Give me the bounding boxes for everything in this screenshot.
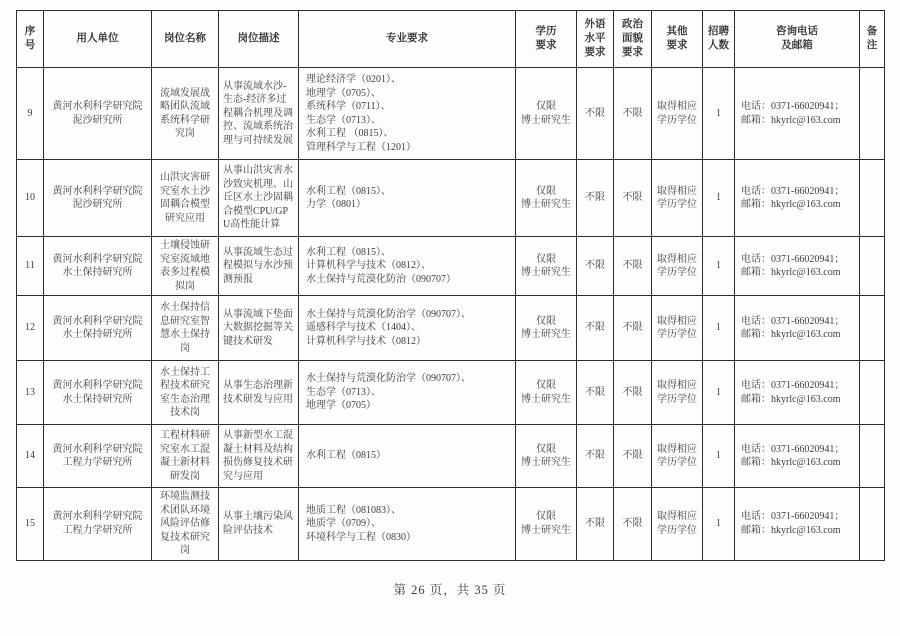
cell-other: 取得相应 学历学位 [652, 361, 703, 425]
table-row: 12 黄河水利科学研究院水土保持研究所 水土保持信息研究室智慧水土保持岗 从事流… [17, 296, 885, 361]
col-header-count: 招聘 人数 [703, 11, 735, 68]
cell-seq: 12 [17, 296, 44, 361]
cell-majors: 水利工程（0815）、 计算机科学与技术（0812）、 水土保持与荒漠化防治（0… [299, 237, 516, 296]
cell-position: 工程材料研究室水工混凝土新材料研发岗 [152, 425, 219, 488]
cell-majors: 地质工程（081083）、 地质学（0709）、 环境科学与工程（0830） [299, 488, 516, 561]
cell-education: 仅限 博士研究生 [516, 488, 577, 561]
cell-position: 土壤侵蚀研究室流域地表多过程模拟岗 [152, 237, 219, 296]
cell-political: 不限 [614, 296, 652, 361]
cell-contact: 电话：0371-66020941； 邮箱：hkyrlc@163.com [735, 296, 860, 361]
cell-political: 不限 [614, 68, 652, 160]
cell-other: 取得相应 学历学位 [652, 296, 703, 361]
cell-education: 仅限 博士研究生 [516, 296, 577, 361]
cell-note [860, 68, 885, 160]
cell-position: 水土保持信息研究室智慧水土保持岗 [152, 296, 219, 361]
cell-majors: 理论经济学（0201）、 地理学（0705）、 系统科学（0711）、 生态学（… [299, 68, 516, 160]
cell-contact: 电话：0371-66020941； 邮箱：hkyrlc@163.com [735, 361, 860, 425]
cell-employer: 黄河水利科学研究院泥沙研究所 [44, 160, 152, 237]
cell-position: 山洪灾害研究室水土沙固耦合模型研究应用 [152, 160, 219, 237]
cell-count: 1 [703, 237, 735, 296]
cell-description: 从事生态治理新技术研发与应用 [219, 361, 299, 425]
cell-seq: 15 [17, 488, 44, 561]
cell-seq: 10 [17, 160, 44, 237]
cell-employer: 黄河水利科学研究院泥沙研究所 [44, 68, 152, 160]
col-header-description: 岗位描述 [219, 11, 299, 68]
cell-note [860, 425, 885, 488]
col-header-other: 其他 要求 [652, 11, 703, 68]
col-header-position: 岗位名称 [152, 11, 219, 68]
cell-language: 不限 [577, 425, 614, 488]
cell-political: 不限 [614, 237, 652, 296]
cell-political: 不限 [614, 160, 652, 237]
table-row: 13 黄河水利科学研究院水土保持研究所 水土保持工程技术研究室生态治理技术岗 从… [17, 361, 885, 425]
cell-contact: 电话：0371-66020941； 邮箱：hkyrlc@163.com [735, 160, 860, 237]
col-header-note: 备 注 [860, 11, 885, 68]
cell-count: 1 [703, 361, 735, 425]
cell-education: 仅限 博士研究生 [516, 361, 577, 425]
cell-education: 仅限 博士研究生 [516, 425, 577, 488]
cell-other: 取得相应 学历学位 [652, 425, 703, 488]
cell-count: 1 [703, 160, 735, 237]
cell-majors: 水土保持与荒漠化防治学（090707）、 生态学（0713）、 地理学（0705… [299, 361, 516, 425]
cell-position: 水土保持工程技术研究室生态治理技术岗 [152, 361, 219, 425]
cell-count: 1 [703, 68, 735, 160]
col-header-education: 学历 要求 [516, 11, 577, 68]
cell-description: 从事新型水工混凝土材料及结构损伤修复技术研究与应用 [219, 425, 299, 488]
cell-language: 不限 [577, 160, 614, 237]
cell-note [860, 488, 885, 561]
cell-other: 取得相应 学历学位 [652, 68, 703, 160]
cell-language: 不限 [577, 68, 614, 160]
cell-majors: 水土保持与荒漠化防治学（090707）、 遥感科学与技术（1404）、 计算机科… [299, 296, 516, 361]
cell-other: 取得相应 学历学位 [652, 237, 703, 296]
cell-political: 不限 [614, 361, 652, 425]
cell-other: 取得相应 学历学位 [652, 488, 703, 561]
col-header-contact: 咨询电话 及邮箱 [735, 11, 860, 68]
cell-description: 从事土壤污染风险评估技术 [219, 488, 299, 561]
cell-language: 不限 [577, 488, 614, 561]
cell-political: 不限 [614, 488, 652, 561]
col-header-language: 外语 水平 要求 [577, 11, 614, 68]
col-header-political: 政治 面貌 要求 [614, 11, 652, 68]
page-indicator: 第 26 页，共 35 页 [0, 580, 900, 598]
cell-education: 仅限 博士研究生 [516, 237, 577, 296]
cell-note [860, 296, 885, 361]
cell-contact: 电话：0371-66020941； 邮箱：hkyrlc@163.com [735, 237, 860, 296]
cell-note [860, 237, 885, 296]
cell-position: 流域发展战略团队流域系统科学研究岗 [152, 68, 219, 160]
table-body: 9 黄河水利科学研究院泥沙研究所 流域发展战略团队流域系统科学研究岗 从事流域水… [17, 68, 885, 561]
cell-position: 环境监测技术团队环境风险评估修复技术研究岗 [152, 488, 219, 561]
cell-seq: 14 [17, 425, 44, 488]
cell-note [860, 160, 885, 237]
cell-majors: 水利工程（0815）、 力学（0801） [299, 160, 516, 237]
cell-description: 从事流域水沙-生态-经济多过程耦合机理及调控、流域系统治理与可持续发展 [219, 68, 299, 160]
table-row: 14 黄河水利科学研究院工程力学研究所 工程材料研究室水工混凝土新材料研发岗 从… [17, 425, 885, 488]
cell-language: 不限 [577, 296, 614, 361]
table-row: 11 黄河水利科学研究院水土保持研究所 土壤侵蚀研究室流域地表多过程模拟岗 从事… [17, 237, 885, 296]
cell-education: 仅限 博士研究生 [516, 68, 577, 160]
cell-employer: 黄河水利科学研究院水土保持研究所 [44, 296, 152, 361]
cell-seq: 9 [17, 68, 44, 160]
cell-political: 不限 [614, 425, 652, 488]
cell-language: 不限 [577, 361, 614, 425]
cell-language: 不限 [577, 237, 614, 296]
cell-count: 1 [703, 296, 735, 361]
cell-description: 从事流域生态过程模拟与水沙预测预报 [219, 237, 299, 296]
cell-count: 1 [703, 488, 735, 561]
cell-employer: 黄河水利科学研究院水土保持研究所 [44, 237, 152, 296]
table-row: 15 黄河水利科学研究院工程力学研究所 环境监测技术团队环境风险评估修复技术研究… [17, 488, 885, 561]
cell-other: 取得相应 学历学位 [652, 160, 703, 237]
cell-note [860, 361, 885, 425]
cell-majors: 水利工程（0815） [299, 425, 516, 488]
cell-seq: 11 [17, 237, 44, 296]
cell-seq: 13 [17, 361, 44, 425]
cell-contact: 电话：0371-66020941； 邮箱：hkyrlc@163.com [735, 68, 860, 160]
cell-education: 仅限 博士研究生 [516, 160, 577, 237]
col-header-majors: 专业要求 [299, 11, 516, 68]
table-row: 10 黄河水利科学研究院泥沙研究所 山洪灾害研究室水土沙固耦合模型研究应用 从事… [17, 160, 885, 237]
table-row: 9 黄河水利科学研究院泥沙研究所 流域发展战略团队流域系统科学研究岗 从事流域水… [17, 68, 885, 160]
header-row: 序 号 用人单位 岗位名称 岗位描述 专业要求 学历 要求 外语 水平 要求 政… [17, 11, 885, 68]
cell-count: 1 [703, 425, 735, 488]
cell-employer: 黄河水利科学研究院工程力学研究所 [44, 488, 152, 561]
document-page: 序 号 用人单位 岗位名称 岗位描述 专业要求 学历 要求 外语 水平 要求 政… [0, 0, 900, 636]
cell-employer: 黄河水利科学研究院水土保持研究所 [44, 361, 152, 425]
cell-contact: 电话：0371-66020941； 邮箱：hkyrlc@163.com [735, 488, 860, 561]
col-header-employer: 用人单位 [44, 11, 152, 68]
col-header-seq: 序 号 [17, 11, 44, 68]
table-header: 序 号 用人单位 岗位名称 岗位描述 专业要求 学历 要求 外语 水平 要求 政… [17, 11, 885, 68]
job-positions-table: 序 号 用人单位 岗位名称 岗位描述 专业要求 学历 要求 外语 水平 要求 政… [16, 10, 885, 561]
cell-description: 从事流域下垫面大数据挖掘等关键技术研发 [219, 296, 299, 361]
cell-description: 从事山洪灾害水沙致灾机理、山丘区水土沙固耦合模型CPU/GPU高性能计算 [219, 160, 299, 237]
cell-employer: 黄河水利科学研究院工程力学研究所 [44, 425, 152, 488]
cell-contact: 电话：0371-66020941； 邮箱：hkyrlc@163.com [735, 425, 860, 488]
